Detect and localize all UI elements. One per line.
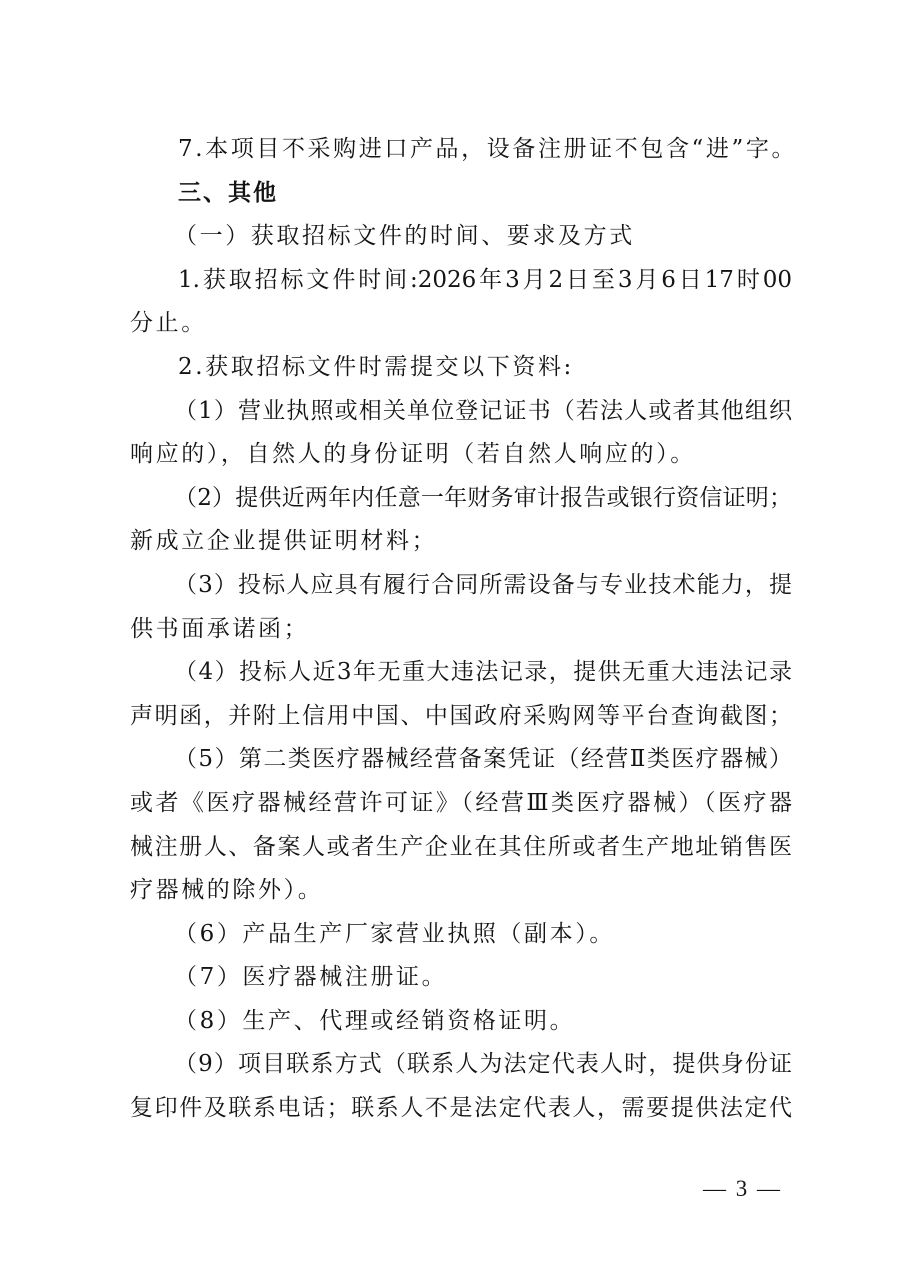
list-item-2-line2: 新成立企业提供证明材料； — [130, 520, 792, 564]
list-item-7: （7）医疗器械注册证。 — [130, 956, 792, 1000]
paragraph-obtain-time-line1: 1.获取招标文件时间:2026年3月2日至3月6日17时00 — [130, 259, 792, 303]
list-item-8: （8）生产、代理或经销资格证明。 — [130, 1000, 792, 1044]
paragraph-obtain-time-line2: 分止。 — [130, 302, 792, 346]
list-item-5-line4: 疗器械的除外）。 — [130, 869, 792, 913]
list-item-5-line1: （5）第二类医疗器械经营备案凭证（经营Ⅱ类医疗器械） — [130, 738, 792, 782]
list-item-4-line2: 声明函，并附上信用中国、中国政府采购网等平台查询截图； — [130, 695, 792, 739]
list-item-4-line1: （4）投标人近3年无重大违法记录，提供无重大违法记录 — [130, 651, 792, 695]
list-item-6: （6）产品生产厂家营业执照（副本）。 — [130, 913, 792, 957]
list-item-9-line1: （9）项目联系方式（联系人为法定代表人时，提供身份证 — [130, 1043, 792, 1087]
list-item-5-line2: 或者《医疗器械经营许可证》（经营Ⅲ类医疗器械）（医疗器 — [130, 782, 792, 826]
subsection-heading-obtain-tender-docs: （一）获取招标文件的时间、要求及方式 — [130, 215, 792, 259]
list-item-2-line1: （2）提供近两年内任意一年财务审计报告或银行资信证明； — [130, 477, 792, 521]
section-heading-others: 三、其他 — [130, 172, 792, 216]
document-page: 7.本项目不采购进口产品，设备注册证不包含“进”字。 三、其他 （一）获取招标文… — [130, 128, 792, 1131]
list-item-3-line2: 供书面承诺函； — [130, 608, 792, 652]
paragraph-item-7-no-imports: 7.本项目不采购进口产品，设备注册证不包含“进”字。 — [130, 128, 792, 172]
paragraph-required-materials: 2.获取招标文件时需提交以下资料: — [130, 346, 792, 390]
list-item-9-line2: 复印件及联系电话；联系人不是法定代表人，需要提供法定代 — [130, 1087, 792, 1131]
list-item-3-line1: （3）投标人应具有履行合同所需设备与专业技术能力，提 — [130, 564, 792, 608]
list-item-5-line3: 械注册人、备案人或者生产企业在其住所或者生产地址销售医 — [130, 826, 792, 870]
list-item-1-line2: 响应的），自然人的身份证明（若自然人响应的）。 — [130, 433, 792, 477]
page-number: — 3 — — [703, 1176, 782, 1202]
list-item-1-line1: （1）营业执照或相关单位登记证书（若法人或者其他组织 — [130, 390, 792, 434]
